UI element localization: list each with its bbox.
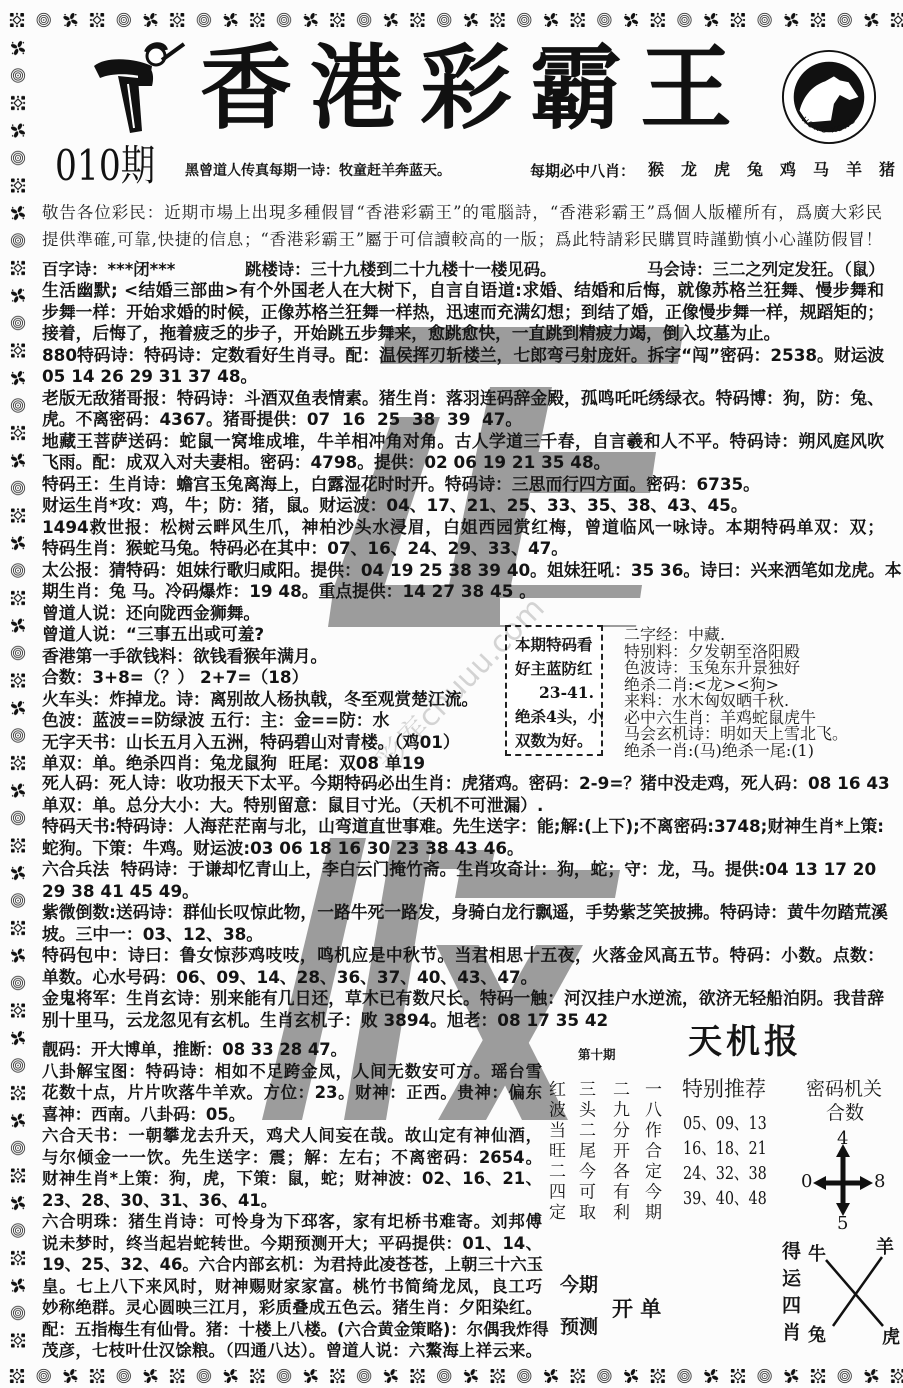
recommend-row: 05、09、13	[683, 1111, 767, 1136]
text-line: 特码天书:特码诗：人海茫茫南与北，山弯道直世事难。先生送字：能;解:(上下);不…	[42, 816, 884, 838]
text-line: 财神生肖*上策：狗，虎，下策：鼠，蛇；财神波：02、16、21、	[42, 1168, 542, 1190]
box-line: 绝杀4头，小	[515, 705, 601, 729]
poem-column: 二九分开各有利	[610, 1080, 628, 1224]
text-line: 金鬼将军：生肖玄诗：别来能有几日还，草木已有数尺长。特码一触：河汉挂户水逆流，欲…	[42, 988, 884, 1010]
side-list-item: 绝杀一肖:(马)绝杀一尾:(1)	[624, 743, 848, 760]
text-line: 财运生肖*攻：鸡，牛；防：猪，鼠。财运波：04、17、21、25、33、35、3…	[42, 495, 884, 517]
notice-line: 提供準確,可靠,快捷的信息；“香港彩霸王”屬于可信讀較高的一版；爲此特請彩民購買…	[42, 226, 882, 253]
text-line: 花数十点，片片吹落牛羊欢。方位：23。财神：正西。贵神：偏东	[42, 1082, 542, 1104]
text-line: 步舞一样：开始求婚的时候，正像苏格兰狂舞一样热，迅速而充满幻想；到结了婚，正像慢…	[42, 302, 884, 324]
text-line: 老版无敌猪哥报：特码诗：斗酒双鱼表情素。猪生肖：落羽连码辞金殿，孤鸣吒吒绣绿衣。…	[42, 388, 884, 410]
recommend-title: 特别推荐	[682, 1076, 766, 1102]
text-line: 特码王：生肖诗：蟾宫玉兔离海上，白露湿花时时开。特码诗：三思而行四方面。密码：6…	[42, 474, 884, 496]
text-line: 880特码诗：特码诗：定数看好生肖寻。配：温侯挥刃斩楼兰，七郎弯弓射庞奸。拆字“…	[42, 345, 884, 367]
compass-right-number: 8	[874, 1171, 885, 1192]
text-line: 飞雨。配：成双入对夫妻相。密码：4798。提供：02 06 19 21 35 4…	[42, 452, 884, 474]
zodiac-item: 羊	[846, 160, 862, 180]
compass-left-number: 0	[801, 1171, 812, 1192]
text-line: 六合明珠：猪生肖诗：可怜身为下邳客，家有圯桥书难寄。刘邦傅	[42, 1211, 542, 1233]
text-line: 地藏王菩萨送码：蛇鼠一窝堆成堆，牛羊相冲角对角。古人学道三千春，自言羲和人不平。…	[42, 431, 884, 453]
text-line: 蛇狗。下策：牛鸡。财运波:03 06 18 16 30 23 38 43 46。	[42, 838, 884, 860]
box-line: 好主蓝防红	[515, 657, 601, 681]
text-line: 与尔倾金一一饮。先生送字：震；解：左右；不离密码：2654。	[42, 1147, 542, 1169]
text-line: 死人码：死人诗：收功报天下太平。今期特码必出生肖：虎猪鸡。密码：2-9=？猪中没…	[42, 773, 884, 795]
text-line: 单双：单。总分大小：大。特别留意：鼠目寸光。（天机不可泄漏）.	[42, 795, 884, 817]
prediction-value: 开 单	[612, 1293, 661, 1323]
text-line: 靓码：开大博单，推断：08 33 28 47。	[42, 1039, 542, 1061]
compass-bottom-number: 5	[837, 1213, 848, 1234]
side-info-list: 二字经：中藏. 特别料：夕发朝至洛阳殿 色波诗：玉兔东升景独好 绝杀二肖:<龙>…	[624, 627, 848, 759]
text-line: 紫微倒数:送码诗：群仙长叹惊此物，一路牛死一路发，身骑白龙行飘遥，手势紫芝笑披拂…	[42, 902, 884, 924]
cross-lines-icon	[820, 1250, 890, 1335]
text-line: 特码包中：诗曰：鲁女惊莎鸡吱吱，鸣机应是中秋节。当君相思十五夜，火落金风高五节。…	[42, 945, 884, 967]
zodiac-item: 兔	[747, 160, 763, 180]
prediction-label-bottom: 预测	[560, 1312, 598, 1339]
tiaolou-poem: 跳楼诗：三十九楼到二十九楼十一楼见码。	[245, 259, 556, 281]
prediction-label-top: 今期	[560, 1270, 598, 1297]
zodiac-item: 猴	[648, 160, 664, 180]
text-line: 1494救世报：松树云畔风生爪，神柏沙头水浸眉，白姐西园赏红梅，曾道临风一咏诗。…	[42, 517, 884, 539]
zodiac-item: 龙	[681, 160, 697, 180]
text-line: 喜神：西南。八卦码：05。	[42, 1104, 542, 1126]
box-line: 23-41.	[515, 681, 601, 705]
page-title: 香港彩霸王	[200, 38, 750, 138]
text-line: 虎。不离密码：4367。猪哥提供：07 16 25 38 39 47。	[42, 409, 884, 431]
text-line: 生活幽默; <结婚三部曲>有个外国老人在大树下，自言自语道:求婚、结婚和后悔，就…	[42, 280, 884, 302]
text-line: 六合天书：一朝攀龙去升天，鸡犬人间妄在哉。故山定有神仙酒，	[42, 1125, 542, 1147]
code-title: 密码机关	[806, 1077, 882, 1101]
recommend-numbers: 05、09、13 16、18、21 24、32、38 39、40、48	[683, 1111, 767, 1211]
text-line: 茂彦，七枝叶仕汉馀粮。（四通八达）。曾道人说：六鰲海上祥云来。	[42, 1340, 542, 1362]
text-line: 接着，后悔了，拖着疲乏的步子，开始跳五步舞来，愈跳愈快，一直跳到精疲力竭，倒入坟…	[42, 323, 884, 345]
notice-line: 敬告各位彩民：近期市場上出現多種假冒“香港彩霸王”的電腦詩，“香港彩霸王”爲個人…	[42, 199, 882, 226]
zodiac-item: 猪	[879, 160, 895, 180]
eight-zodiac-label: 每期必中八肖：	[530, 162, 635, 180]
recommend-row: 24、32、38	[683, 1161, 767, 1186]
recommend-row: 39、40、48	[683, 1186, 767, 1211]
text-line: 坡。三中一：03、12、38。	[42, 924, 884, 946]
compass-top-number: 4	[837, 1128, 848, 1149]
newspaper-page: 彩库chuuu.com 香港彩霸王 HONG KONG 010期 黑曾道人传真每…	[0, 0, 903, 1388]
issue-number: 010期	[55, 142, 155, 190]
text-line: 23、28、30、31、36、41。	[42, 1190, 542, 1212]
text-line: 配：五指梅生有仙骨。猪：十楼上八楼。(六合黄金策略)：尔偶我炸得	[42, 1319, 542, 1341]
zodiac-item: 虎	[714, 160, 730, 180]
text-line: 皇。七上八下来风时，财神赐财家家富。桃竹书简绮龙凤，良工巧	[42, 1276, 542, 1298]
recommend-row: 16、18、21	[683, 1136, 767, 1161]
zodiac-item: 鸡	[780, 160, 796, 180]
box-line: 双数为好。	[515, 729, 601, 753]
text-line: 单数。心水号码：06、09、14、28、36、37、40、43、47。	[42, 967, 884, 989]
article-block-lower: 靓码：开大博单，推断：08 33 28 47。 八卦解宝图：特码诗：相如不足跨金…	[42, 1039, 542, 1362]
compass-arrows-icon	[812, 1144, 874, 1216]
text-line: 29 38 41 45 49。	[42, 881, 884, 903]
tianji-title: 天机报	[688, 1022, 802, 1062]
text-line: 19、25、32、46。六合内部玄机：为君持此凌苍苍，上朝三十六玉	[42, 1254, 542, 1276]
text-line: 八卦解宝图：特码诗：相如不足跨金凤，人间无数安可方。瑶台雪	[42, 1061, 542, 1083]
text-line: 妙称绝群。灵心圆映三江月，彩质叠成五色云。猪生肖：夕阳染红。	[42, 1297, 542, 1319]
text-line: 曾道人说：还向陇西金狮舞。	[42, 603, 884, 625]
text-line: 太公报：猜特码：姐妹行歌归咸阳。提供：04 19 25 38 39 40。姐妹狂…	[42, 560, 884, 582]
baizi-poem: 百字诗：***闭***	[42, 259, 175, 281]
tianji-issue: 第十期	[578, 1045, 616, 1063]
mahui-poem: 马会诗：三二之列定发狂。（鼠）	[647, 259, 885, 281]
zodiac-item: 马	[813, 160, 829, 180]
text-line: 05 14 26 29 31 37 48。	[42, 366, 884, 388]
lucky-zodiac-label: 得运四肖	[781, 1241, 799, 1349]
poem-column: 红波当旺二四定	[546, 1080, 564, 1224]
poem-column: 一八作合定今期	[642, 1080, 660, 1224]
article-block-middle: 死人码：死人诗：收功报天下太平。今期特码必出生肖：虎猪鸡。密码：2-9=？猪中没…	[42, 773, 884, 1031]
poem-column: 三头二尾今可取	[576, 1080, 594, 1224]
daily-poem-label: 黑曾道人传真每期一诗：牧童赶羊奔蓝天。	[185, 162, 451, 180]
code-subtitle: 合数	[826, 1101, 864, 1125]
text-line: 六合兵法 特码诗：于谦却忆青山上，李白云门掩竹斋。生肖攻奇计：狗，蛇；守：龙，马…	[42, 859, 884, 881]
text-line: 期生肖：兔 马。冷码爆炸：19 48。重点提供：14 27 38 45 。	[42, 581, 884, 603]
text-line: 说未梦时，终当起岩蛇转世。今期预测开大；平码提供：01、14、	[42, 1233, 542, 1255]
anti-counterfeit-notice: 敬告各位彩民：近期市場上出現多種假冒“香港彩霸王”的電腦詩，“香港彩霸王”爲個人…	[42, 199, 882, 253]
text-line: 特码生肖：猴蛇马兔。特码必在其中：07、16、24、29、33、47。	[42, 538, 884, 560]
